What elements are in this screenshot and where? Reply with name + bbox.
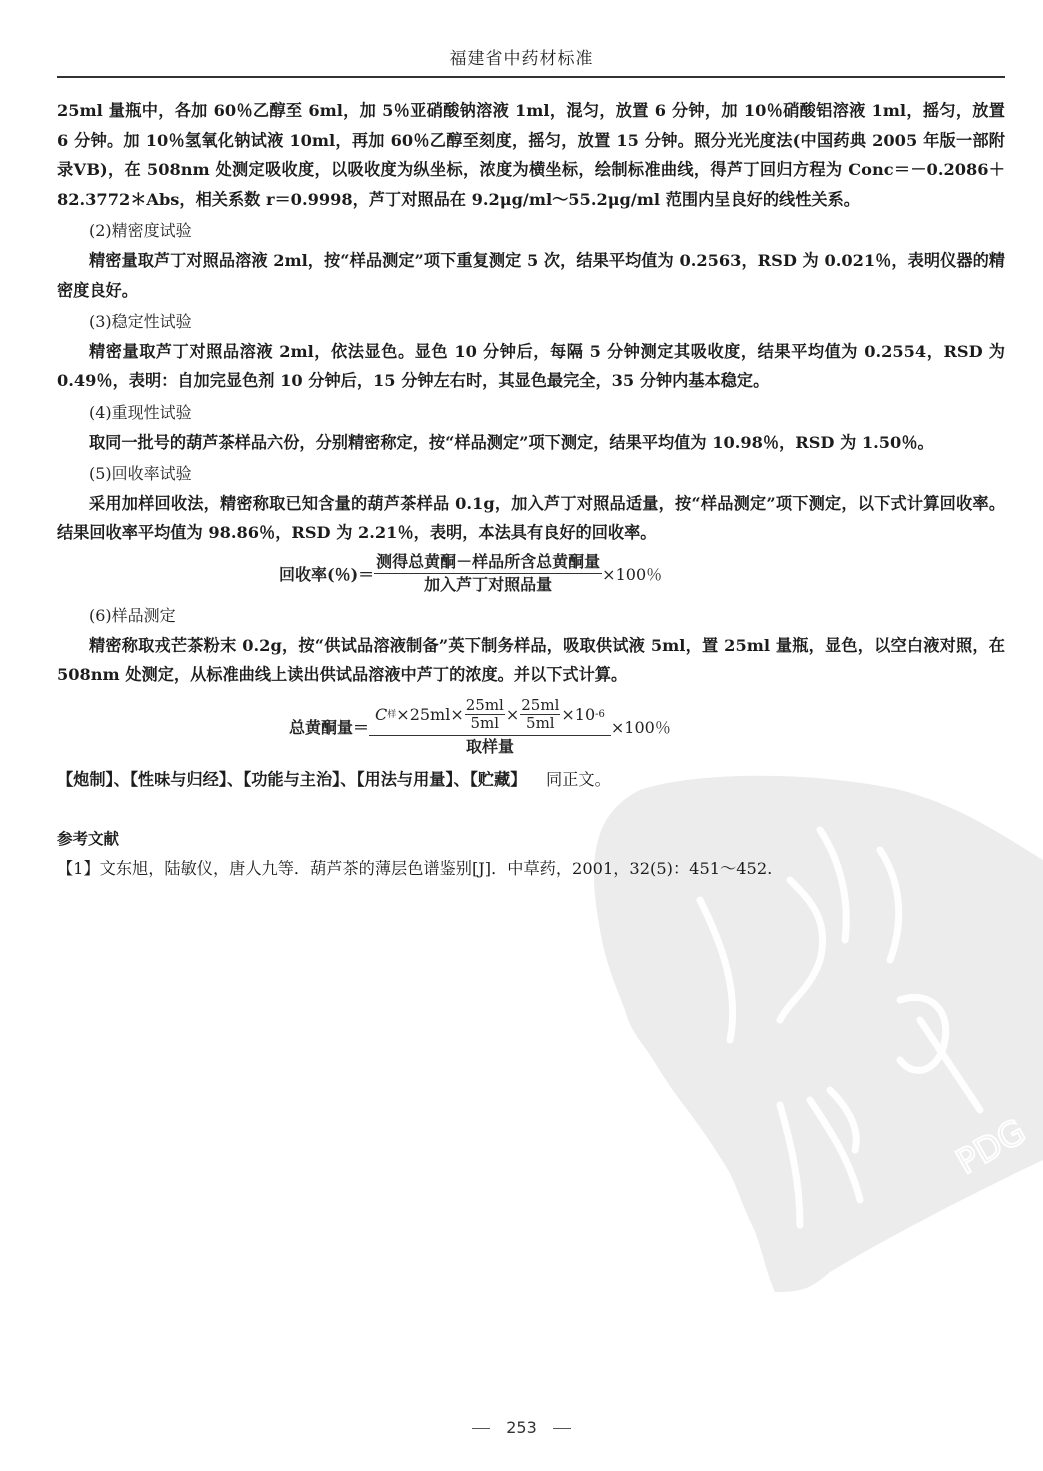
dash-right — [553, 1428, 571, 1429]
section-heading-recovery: (5)回收率试验 — [89, 459, 1005, 489]
formula-fraction: C样 ×25ml× 25ml 5ml × 25ml 5ml ×10-6 取样量 — [369, 696, 611, 757]
same-as-text-line: 【炮制】、【性味与归经】、【功能与主治】、【用法与用量】、【贮藏】 同正文。 — [57, 765, 1005, 795]
running-header: 福建省中药材标准 — [0, 44, 1043, 69]
dilution-denominator: 5ml — [525, 715, 556, 732]
paragraph-recovery: 采用加样回收法，精密称取已知含量的葫芦茶样品 0.1g，加入芦丁对照品适量，按“… — [57, 489, 1005, 548]
formula-denominator: 取样量 — [464, 736, 516, 757]
references-title: 参考文献 — [57, 824, 1005, 854]
section-heading-stability: (3)稳定性试验 — [89, 307, 1005, 337]
page-number-value: 253 — [506, 1418, 537, 1437]
formula-term: ×25ml× — [396, 696, 463, 734]
concentration-subscript: 样 — [387, 696, 396, 734]
page-body: 25ml 量瓶中，各加 60％乙醇至 6ml，加 5％亚硝酸钠溶液 1ml，混匀… — [57, 96, 1005, 884]
paragraph-sample-assay: 精密称取戎芒茶粉末 0.2g，按“供试品溶液制备”英下制务样品，吸取供试液 5m… — [57, 631, 1005, 690]
formula-lhs: 回收率(％)＝ — [279, 562, 374, 585]
page-number: 253 — [0, 1418, 1043, 1437]
concentration-symbol: C — [375, 696, 387, 734]
same-as-text-note: 同正文。 — [546, 770, 611, 789]
paragraph-calibration: 25ml 量瓶中，各加 60％乙醇至 6ml，加 5％亚硝酸钠溶液 1ml，混匀… — [57, 96, 1005, 214]
header-rule — [57, 76, 1005, 78]
formula-numerator: C样 ×25ml× 25ml 5ml × 25ml 5ml ×10-6 — [369, 696, 611, 736]
document-page: 福建省中药材标准 25ml 量瓶中，各加 60％乙醇至 6ml，加 5％亚硝酸钠… — [0, 0, 1043, 1471]
formula-lhs: 总黄酮量＝ — [289, 715, 369, 738]
formula-term: × — [506, 696, 519, 734]
section-labels: 【炮制】、【性味与归经】、【功能与主治】、【用法与用量】、【贮藏】 — [57, 770, 526, 789]
section-heading-reproducibility: (4)重现性试验 — [89, 398, 1005, 428]
formula-denominator: 加入芦丁对照品量 — [422, 574, 554, 595]
formula-recovery-rate: 回收率(％)＝ 测得总黄酮－样品所含总黄酮量 加入芦丁对照品量 ×100％ — [279, 552, 1005, 595]
formula-total-flavonoids: 总黄酮量＝ C样 ×25ml× 25ml 5ml × 25ml 5ml ×10-… — [289, 696, 1005, 757]
dilution-numerator: 25ml — [465, 697, 505, 715]
dilution-denominator: 5ml — [470, 715, 501, 732]
section-heading-precision: (2)精密度试验 — [89, 216, 1005, 246]
references-section: 参考文献 【1】文东旭，陆敏仪，唐人九等．葫芦茶的薄层色谱鉴别[J]．中草药，2… — [57, 824, 1005, 884]
dilution-fraction-2: 25ml 5ml — [520, 697, 560, 732]
dash-left — [472, 1428, 490, 1429]
formula-term: ×10 — [561, 696, 595, 734]
section-heading-sample-assay: (6)样品测定 — [89, 601, 1005, 631]
paragraph-reproducibility: 取同一批号的葫芦茶样品六份，分别精密称定，按“样品测定”项下测定，结果平均值为 … — [57, 428, 1005, 458]
dilution-numerator: 25ml — [520, 697, 560, 715]
formula-fraction: 测得总黄酮－样品所含总黄酮量 加入芦丁对照品量 — [374, 552, 602, 595]
formula-tail: ×100％ — [611, 715, 671, 738]
formula-numerator: 测得总黄酮－样品所含总黄酮量 — [374, 552, 602, 574]
exponent: -6 — [595, 696, 605, 734]
reference-item: 【1】文东旭，陆敏仪，唐人九等．葫芦茶的薄层色谱鉴别[J]．中草药，2001，3… — [57, 854, 1005, 884]
paragraph-precision: 精密量取芦丁对照品溶液 2ml，按“样品测定”项下重复测定 5 次，结果平均值为… — [57, 246, 1005, 305]
dilution-fraction-1: 25ml 5ml — [465, 697, 505, 732]
formula-tail: ×100％ — [602, 562, 662, 585]
paragraph-stability: 精密量取芦丁对照品溶液 2ml，依法显色。显色 10 分钟后，每隔 5 分钟测定… — [57, 337, 1005, 396]
